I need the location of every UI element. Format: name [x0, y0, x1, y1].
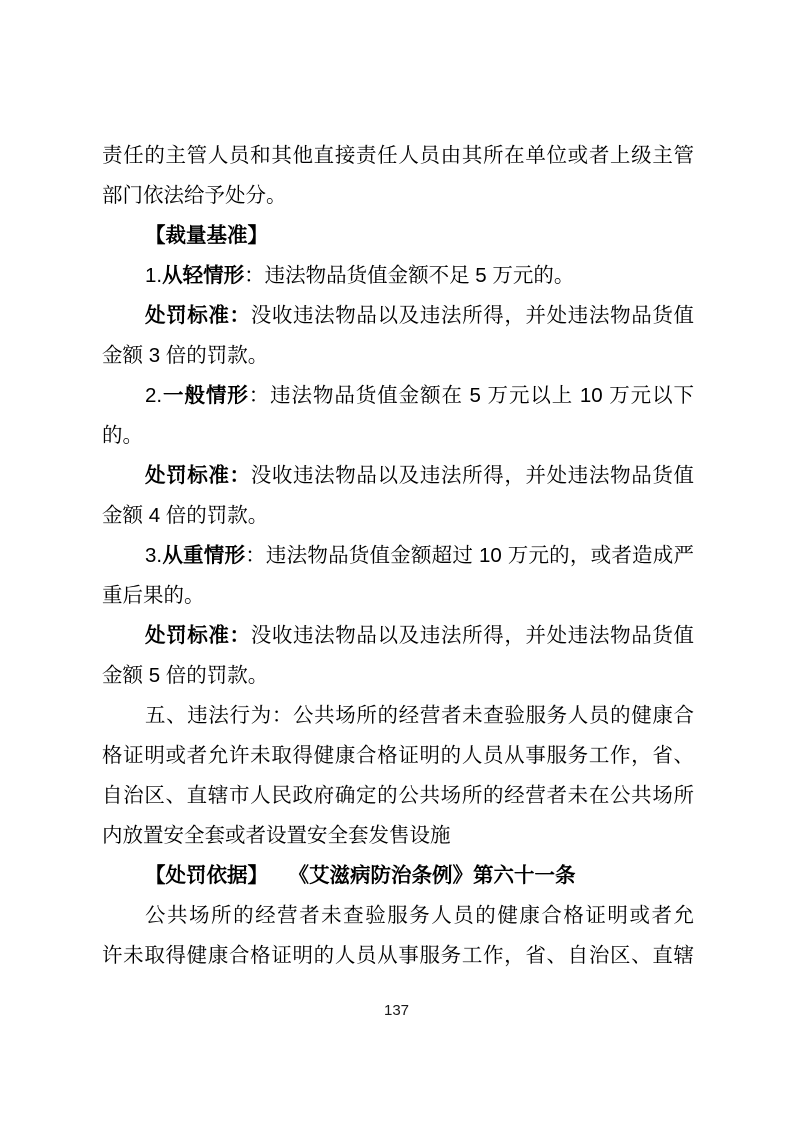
text-line: 1.从轻情形：违法物品货值金额不足 5 万元的。 — [102, 256, 694, 296]
text-line: 处罚标准：没收违法物品以及违法所得，并处违法物品货值 — [102, 296, 694, 336]
text-segment: 部门依法给予处分。 — [102, 184, 287, 207]
bold-text-segment: 【裁量基准】 — [145, 224, 268, 247]
text-line: 部门依法给予处分。 — [102, 176, 694, 216]
text-segment: 责任的主管人员和其他直接责任人员由其所在单位或者上级主管 — [102, 144, 694, 167]
text-line: 许未取得健康合格证明的人员从事服务工作，省、自治区、直辖 — [102, 936, 694, 976]
text-segment: ：违法物品货值金额不足 5 万元的。 — [244, 264, 574, 287]
text-segment: 2. — [145, 384, 162, 407]
text-segment: 没收违法物品以及违法所得，并处违法物品货值 — [251, 464, 694, 487]
text-line: 的。 — [102, 416, 694, 456]
text-segment: 的。 — [102, 424, 143, 447]
text-segment: 自治区、直辖市人民政府确定的公共场所的经营者未在公共场所 — [102, 784, 694, 807]
bold-text-segment: 从轻情形 — [162, 264, 244, 287]
text-line: 【处罚依据】 《艾滋病防治条例》第六十一条 — [102, 856, 694, 896]
bold-text-segment: 【处罚依据】 《艾滋病防治条例》第六十一条 — [145, 864, 576, 887]
text-line: 自治区、直辖市人民政府确定的公共场所的经营者未在公共场所 — [102, 776, 694, 816]
bold-text-segment: 从重情形 — [162, 544, 245, 567]
text-line: 重后果的。 — [102, 576, 694, 616]
text-line: 3.从重情形：违法物品货值金额超过 10 万元的，或者造成严 — [102, 536, 694, 576]
bold-text-segment: 处罚标准： — [145, 624, 251, 647]
text-segment: ：违法物品货值金额在 5 万元以上 10 万元以下 — [249, 384, 694, 407]
bold-text-segment: 一般情形 — [162, 384, 249, 407]
text-line: 【裁量基准】 — [102, 216, 694, 256]
text-segment: 金额 4 倍的罚款。 — [102, 504, 268, 527]
bold-text-segment: 处罚标准： — [145, 464, 251, 487]
bold-text-segment: 处罚标准： — [145, 304, 251, 327]
text-line: 处罚标准：没收违法物品以及违法所得，并处违法物品货值 — [102, 616, 694, 656]
text-line: 金额 3 倍的罚款。 — [102, 336, 694, 376]
text-segment: 金额 3 倍的罚款。 — [102, 344, 268, 367]
text-line: 责任的主管人员和其他直接责任人员由其所在单位或者上级主管 — [102, 136, 694, 176]
text-segment: 许未取得健康合格证明的人员从事服务工作，省、自治区、直辖 — [102, 944, 694, 967]
text-segment: 没收违法物品以及违法所得，并处违法物品货值 — [251, 304, 694, 327]
text-line: 五、违法行为：公共场所的经营者未查验服务人员的健康合 — [102, 696, 694, 736]
text-segment: 公共场所的经营者未查验服务人员的健康合格证明或者允 — [145, 904, 694, 927]
text-segment: 格证明或者允许未取得健康合格证明的人员从事服务工作，省、 — [102, 744, 694, 767]
text-segment: 金额 5 倍的罚款。 — [102, 664, 268, 687]
text-segment: 重后果的。 — [102, 584, 205, 607]
text-line: 格证明或者允许未取得健康合格证明的人员从事服务工作，省、 — [102, 736, 694, 776]
text-segment: 1. — [145, 264, 162, 287]
text-segment: 3. — [145, 544, 162, 567]
text-segment: ：违法物品货值金额超过 10 万元的，或者造成严 — [245, 544, 694, 567]
document-page: 责任的主管人员和其他直接责任人员由其所在单位或者上级主管部门依法给予处分。【裁量… — [0, 0, 793, 1122]
text-line: 处罚标准：没收违法物品以及违法所得，并处违法物品货值 — [102, 456, 694, 496]
text-segment: 内放置安全套或者设置安全套发售设施 — [102, 824, 451, 847]
text-line: 公共场所的经营者未查验服务人员的健康合格证明或者允 — [102, 896, 694, 936]
page-number: 137 — [0, 1001, 793, 1021]
text-line: 内放置安全套或者设置安全套发售设施 — [102, 816, 694, 856]
text-segment: 五、违法行为：公共场所的经营者未查验服务人员的健康合 — [145, 704, 694, 727]
text-line: 金额 4 倍的罚款。 — [102, 496, 694, 536]
text-line: 金额 5 倍的罚款。 — [102, 656, 694, 696]
text-segment: 没收违法物品以及违法所得，并处违法物品货值 — [251, 624, 694, 647]
text-line: 2.一般情形：违法物品货值金额在 5 万元以上 10 万元以下 — [102, 376, 694, 416]
text-block: 责任的主管人员和其他直接责任人员由其所在单位或者上级主管部门依法给予处分。【裁量… — [102, 136, 694, 976]
